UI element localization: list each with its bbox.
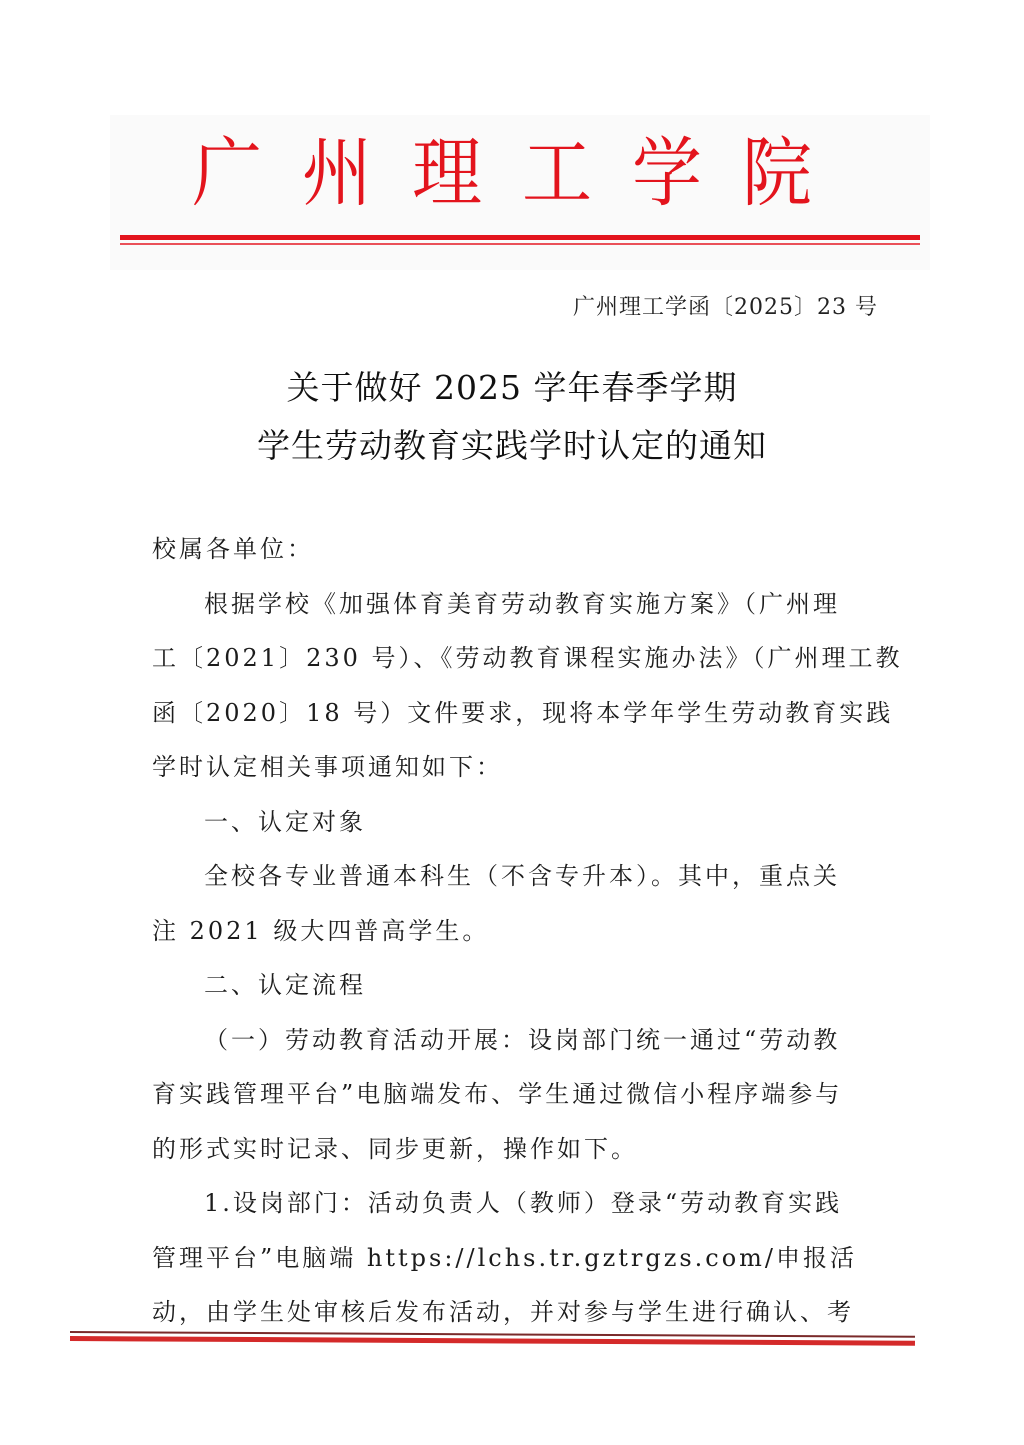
subsection1-line: 的形式实时记录、同步更新，操作如下。	[152, 1122, 880, 1177]
item1-line: 管理平台”电脑端 https://lchs.tr.gztrgzs.com/申报活	[152, 1231, 880, 1286]
letterhead-org-name: 广州理工学院	[0, 124, 1024, 221]
intro-line: 学时认定相关事项通知如下：	[152, 740, 880, 795]
section-heading-1: 一、认定对象	[152, 795, 880, 850]
section-heading-2: 二、认定流程	[152, 958, 880, 1013]
section1-line: 全校各专业普通本科生（不含专升本）。其中，重点关	[152, 849, 880, 904]
document-title-line-2: 学生劳动教育实践学时认定的通知	[0, 420, 1024, 467]
intro-line: 函〔2020〕18 号）文件要求，现将本学年学生劳动教育实践	[152, 686, 880, 741]
subsection1-line: （一）劳动教育活动开展：设岗部门统一通过“劳动教	[152, 1013, 880, 1068]
item1-line: 1.设岗部门：活动负责人（教师）登录“劳动教育实践	[152, 1176, 880, 1231]
document-number: 广州理工学函〔2025〕23 号	[573, 290, 878, 321]
letterhead-red-rule-thin	[120, 243, 920, 245]
intro-line: 根据学校《加强体育美育劳动教育实施方案》（广州理	[152, 577, 880, 632]
section1-line: 注 2021 级大四普高学生。	[152, 904, 880, 959]
document-body: 校属各单位： 根据学校《加强体育美育劳动教育实施方案》（广州理 工〔2021〕2…	[152, 522, 880, 1340]
letterhead-red-rule-thick	[120, 235, 920, 240]
salutation: 校属各单位：	[152, 522, 880, 577]
subsection1-line: 育实践管理平台”电脑端发布、学生通过微信小程序端参与	[152, 1067, 880, 1122]
intro-line: 工〔2021〕230 号）、《劳动教育课程实施办法》（广州理工教	[152, 631, 880, 686]
document-title-line-1: 关于做好 2025 学年春季学期	[0, 362, 1024, 409]
